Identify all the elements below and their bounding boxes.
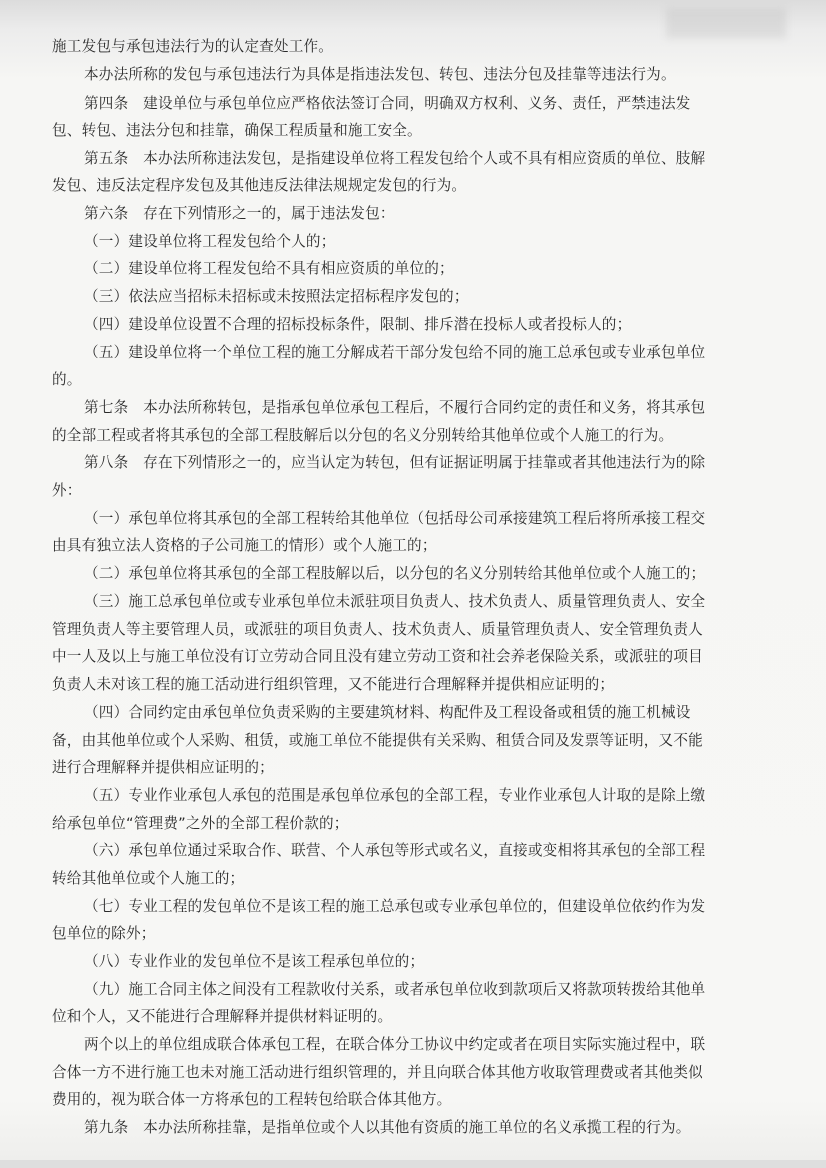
text-line: 费用的，视为联合体一方将承包的工程转包给联合体其他方。 (52, 1088, 451, 1109)
text-line: （三）施工总承包单位或专业承包单位未派驻项目负责人、技术负责人、质量管理负责人、… (84, 590, 705, 611)
text-line: （四）建设单位设置不合理的招标投标条件，限制、排斥潜在投标人或者投标人的； (84, 313, 631, 334)
text-line: 第九条 本办法所称挂靠，是指单位或个人以其他有资质的施工单位的名义承揽工程的行为… (84, 1116, 691, 1137)
text-line: 管理负责人等主要管理人员，或派驻的项目负责人、技术负责人、质量管理负责人、安全管… (52, 618, 703, 639)
text-line: 第七条 本办法所称转包，是指承包单位承包工程后，不履行合同约定的责任和义务，将其… (84, 396, 705, 417)
text-line: 中一人及以上与施工单位没有订立劳动合同且没有建立劳动工资和社会养老保险关系，或派… (52, 645, 703, 666)
text-line: 位和个人，又不能进行合理解释并提供材料证明的。 (52, 1005, 392, 1026)
show-through-bleed (666, 8, 786, 38)
text-line: （二）建设单位将工程发包给不具有相应资质的单位的； (84, 257, 454, 278)
text-line: （一）建设单位将工程发包给个人的； (84, 230, 336, 251)
text-line: 给承包单位“管理费”之外的全部工程价款的； (52, 812, 349, 833)
text-line: （四）合同约定由承包单位负责采购的主要建筑材料、构配件及工程设备或租赁的施工机械… (84, 701, 691, 722)
text-line: （七）专业工程的发包单位不是该工程的施工总承包或专业承包单位的，但建设单位依约作… (84, 895, 705, 916)
text-line: （三）依法应当招标未招标或未按照法定招标程序发包的； (84, 285, 469, 306)
text-line: 两个以上的单位组成联合体承包工程，在联合体分工协议中约定或者在项目实际实施过程中… (84, 1033, 705, 1054)
text-line: 的全部工程或者将其承包的全部工程肢解后以分包的名义分别转给其他单位或个人施工的行… (52, 424, 673, 445)
text-line: 的。 (52, 368, 82, 389)
text-line: 发包、违反法定程序发包及其他违反法律法规规定发包的行为。 (52, 174, 466, 195)
text-line: （五）建设单位将一个单位工程的施工分解成若干部分发包给不同的施工总承包或专业承包… (84, 341, 705, 362)
text-line: 合体一方不进行施工也未对施工活动进行组织管理的，并且向联合体其他方收取管理费或者… (52, 1061, 703, 1082)
text-line: 第四条 建设单位与承包单位应严格依法签订合同，明确双方权利、义务、责任，严禁违法… (84, 92, 691, 113)
text-line: 由具有独立法人资格的子公司施工的情形）或个人施工的； (52, 534, 437, 555)
text-line: 备，由其他单位或个人采购、租赁，或施工单位不能提供有关采购、租赁合同及发票等证明… (52, 729, 703, 750)
text-line: （一）承包单位将其承包的全部工程转给其他单位（包括母公司承接建筑工程后将所承接工… (84, 507, 705, 528)
text-line: 转给其他单位或个人施工的； (52, 867, 244, 888)
text-line: 进行合理解释并提供相应证明的； (52, 756, 274, 777)
text-line: （八）专业作业的发包单位不是该工程承包单位的； (84, 950, 424, 971)
text-line: （六）承包单位通过采取合作、联营、个人承包等形式或名义，直接或变相将其承包的全部… (84, 839, 705, 860)
text-line: 施工发包与承包违法行为的认定查处工作。 (52, 35, 333, 56)
text-line: 本办法所称的发包与承包违法行为具体是指违法发包、转包、违法分包及挂靠等违法行为。 (84, 63, 676, 84)
page-bottom-edge (0, 1160, 826, 1168)
text-line: （九）施工合同主体之间没有工程款收付关系，或者承包单位收到款项后又将款项转拨给其… (84, 978, 705, 999)
text-line: 第六条 存在下列情形之一的，属于违法发包： (84, 202, 395, 223)
text-line: （五）专业作业承包人承包的范围是承包单位承包的全部工程，专业作业承包人计取的是除… (84, 784, 705, 805)
text-line: 第五条 本办法所称违法发包，是指建设单位将工程发包给个人或不具有相应资质的单位、… (84, 147, 705, 168)
text-line: 第八条 存在下列情形之一的，应当认定为转包，但有证据证明属于挂靠或者其他违法行为… (84, 451, 705, 472)
scanned-page: 施工发包与承包违法行为的认定查处工作。本办法所称的发包与承包违法行为具体是指违法… (0, 0, 826, 1168)
text-line: 包、转包、违法分包和挂靠，确保工程质量和施工安全。 (52, 119, 422, 140)
text-line: 外： (52, 479, 82, 500)
text-line: 负责人未对该工程的施工活动进行组织管理，又不能进行合理解释并提供相应证明的； (52, 673, 614, 694)
text-line: 包单位的除外； (52, 922, 156, 943)
text-line: （二）承包单位将其承包的全部工程肢解以后，以分包的名义分别转给其他单位或个人施工… (84, 562, 705, 583)
